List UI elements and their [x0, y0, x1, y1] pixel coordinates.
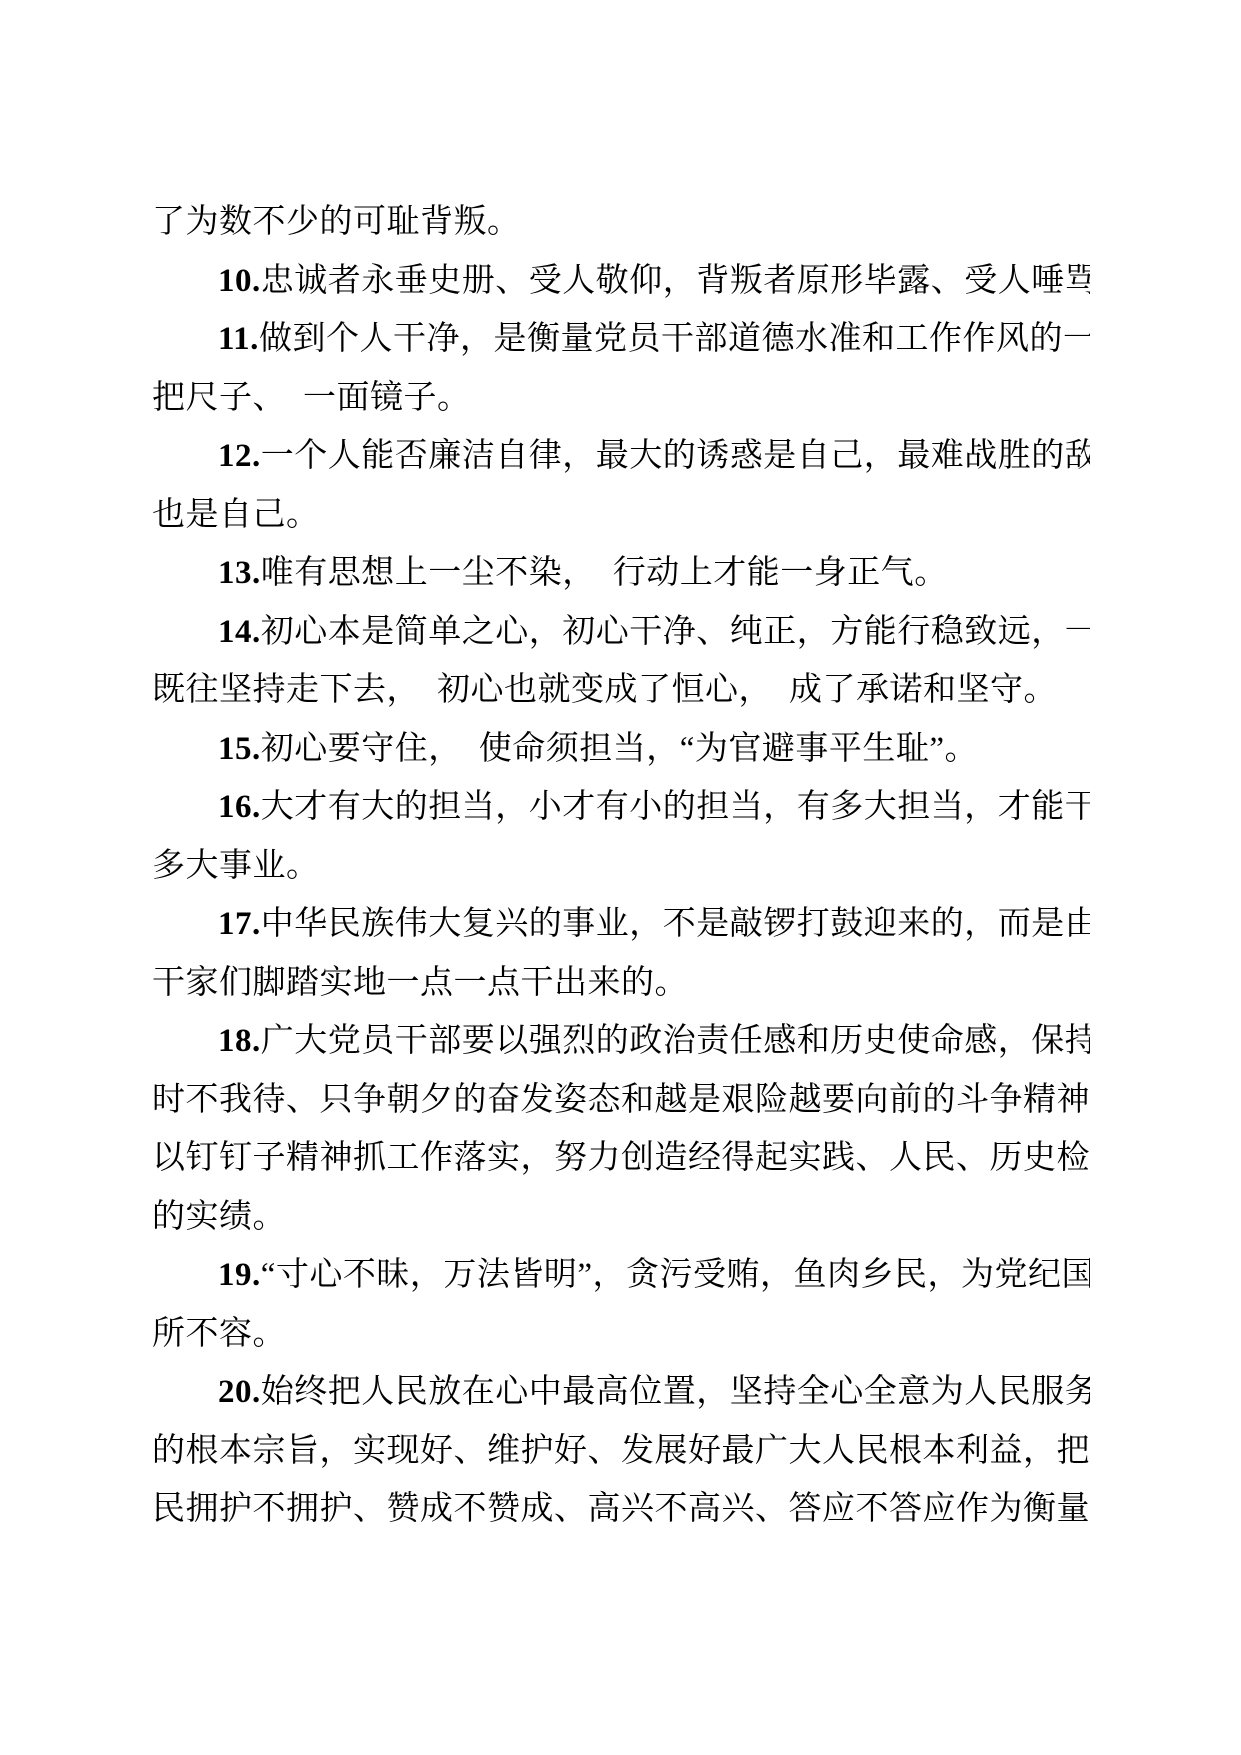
text-line: 20.始终把人民放在心中最高位置，坚持全心全意为人民服务: [152, 1363, 1090, 1422]
text-line: 10.忠诚者永垂史册、受人敬仰，背叛者原形毕露、受人唾骂。: [152, 252, 1090, 311]
text-line: 既往坚持走下去， 初心也就变成了恒心， 成了承诺和坚守。: [152, 661, 1090, 720]
list-item-number: 19.: [218, 1257, 261, 1293]
text-line: 14.初心本是简单之心，初心干净、纯正，方能行稳致远，一如: [152, 603, 1090, 662]
text-line: 民拥护不拥护、赞成不赞成、高兴不高兴、答应不答应作为衡量一: [152, 1480, 1090, 1539]
text-line: 18.广大党员干部要以强烈的政治责任感和历史使命感，保持: [152, 1012, 1090, 1071]
text-line: 19.“寸心不昧，万法皆明”，贪污受贿，鱼肉乡民，为党纪国法: [152, 1246, 1090, 1305]
text-line: 多大事业。: [152, 837, 1090, 896]
list-item-number: 18.: [218, 1023, 261, 1059]
list-item-number: 10.: [218, 263, 261, 299]
list-item-number: 16.: [218, 789, 261, 825]
text-line: 13.唯有思想上一尘不染， 行动上才能一身正气。: [152, 544, 1090, 603]
list-item-number: 20.: [218, 1374, 261, 1410]
text-line: 的实绩。: [152, 1188, 1090, 1247]
text-line: 12.一个人能否廉洁自律，最大的诱惑是自己，最难战胜的敌人: [152, 427, 1090, 486]
text-line: 15.初心要守住， 使命须担当，“为官避事平生耻”。: [152, 720, 1090, 779]
text-line: 干家们脚踏实地一点一点干出来的。: [152, 954, 1090, 1013]
text-line: 所不容。: [152, 1305, 1090, 1364]
text-line: 时不我待、只争朝夕的奋发姿态和越是艰险越要向前的斗争精神，: [152, 1071, 1090, 1130]
list-item-number: 17.: [218, 906, 261, 942]
text-line: 也是自己。: [152, 486, 1090, 545]
text-line: 了为数不少的可耻背叛。: [152, 193, 1090, 252]
list-item-number: 13.: [218, 555, 261, 591]
document-page: 了为数不少的可耻背叛。10.忠诚者永垂史册、受人敬仰，背叛者原形毕露、受人唾骂。…: [0, 0, 1241, 1755]
list-item-number: 12.: [218, 438, 261, 474]
text-line: 的根本宗旨，实现好、维护好、发展好最广大人民根本利益，把人: [152, 1422, 1090, 1481]
list-item-number: 15.: [218, 731, 261, 767]
text-line: 11.做到个人干净，是衡量党员干部道德水准和工作作风的一: [152, 310, 1090, 369]
document-body: 了为数不少的可耻背叛。10.忠诚者永垂史册、受人敬仰，背叛者原形毕露、受人唾骂。…: [152, 193, 1090, 1539]
text-line: 17.中华民族伟大复兴的事业，不是敲锣打鼓迎来的，而是由实: [152, 895, 1090, 954]
list-item-number: 11.: [218, 321, 259, 357]
text-line: 16.大才有大的担当，小才有小的担当，有多大担当，才能干成: [152, 778, 1090, 837]
text-line: 以钉钉子精神抓工作落实，努力创造经得起实践、人民、历史检验: [152, 1129, 1090, 1188]
text-line: 把尺子、 一面镜子。: [152, 369, 1090, 428]
list-item-number: 14.: [218, 614, 261, 650]
